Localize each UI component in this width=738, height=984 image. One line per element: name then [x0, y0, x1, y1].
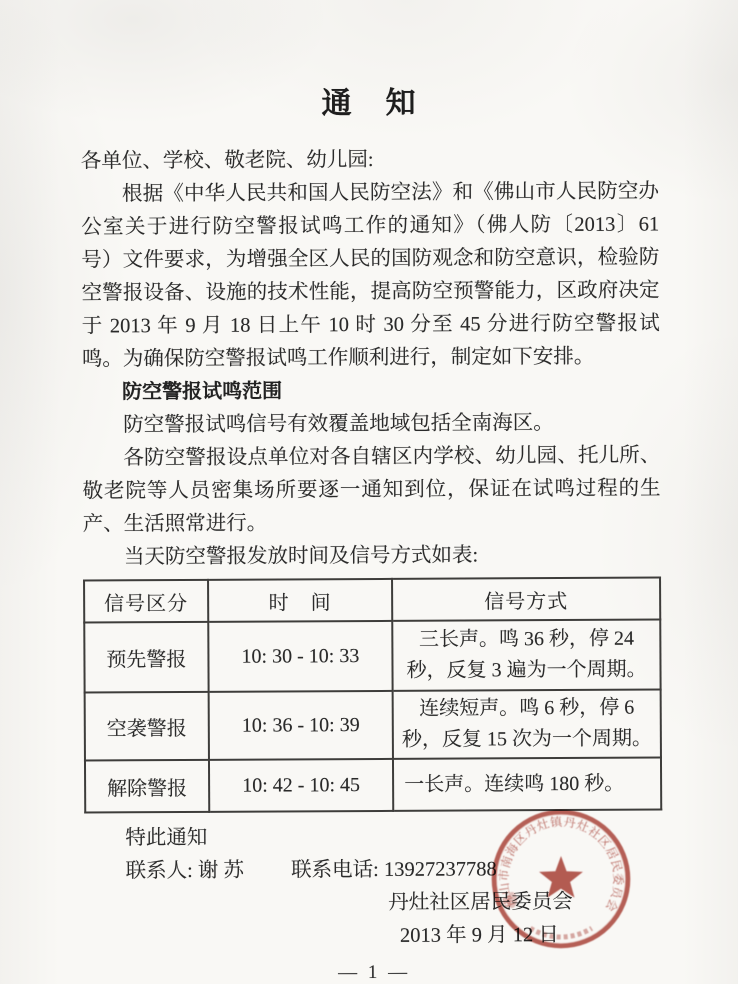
notify-paragraph: 各防空警报设点单位对各自辖区内学校、幼儿园、托儿所、敬老院等人员密集场所要逐一通… — [82, 439, 661, 541]
contact-phone: 联系电话: 13927237788 — [291, 858, 497, 881]
page-title: 通 知 — [80, 76, 658, 123]
signature-block: 丹灶社区居民委员会 2013 年 9 月 12 日 — [85, 885, 663, 954]
page-number: — 1 — — [85, 954, 663, 984]
closing-line: 特此通知 — [84, 819, 662, 855]
col-header-time: 时 间 — [208, 579, 393, 622]
table-row: 空袭警报 10: 36 - 10: 39 连续短声。鸣 6 秒，停 6 秒，反复… — [85, 689, 661, 760]
cell-signal-type: 解除警报 — [85, 760, 209, 813]
intro-paragraph: 根据《中华人民共和国人民防空法》和《佛山市人民防空办公室关于进行防空警报试鸣工作… — [81, 175, 660, 376]
col-header-signal-type: 信号区分 — [84, 580, 208, 623]
cell-signal-mode: 三长声。鸣 36 秒，停 24 秒，反复 3 遍为一个周期。 — [392, 619, 660, 690]
cell-signal-type: 空袭警报 — [85, 692, 209, 761]
document-content: 通 知 各单位、学校、敬老院、幼儿园: 根据《中华人民共和国人民防空法》和《佛山… — [0, 0, 738, 984]
table-row: 解除警报 10: 42 - 10: 45 一长声。连续鸣 180 秒。 — [85, 757, 661, 812]
signature-organization: 丹灶社区居民委员会 — [85, 886, 573, 922]
table-header-row: 信号区分 时 间 信号方式 — [84, 577, 660, 622]
cell-signal-type: 预先警报 — [84, 622, 208, 693]
cell-signal-mode: 一长声。连续鸣 180 秒。 — [393, 757, 661, 810]
cell-signal-mode: 连续短声。鸣 6 秒，停 6 秒，反复 15 次为一个周期。 — [393, 689, 661, 758]
contact-line: 联系人: 谢 苏 联系电话: 13927237788 — [84, 852, 662, 888]
contact-person: 联系人: 谢 苏 — [126, 860, 245, 883]
section-heading: 防空警报试鸣范围 — [82, 373, 660, 409]
cell-time: 10: 36 - 10: 39 — [208, 691, 393, 760]
siren-signal-table: 信号区分 时 间 信号方式 预先警报 10: 30 - 10: 33 三长声。鸣… — [83, 576, 662, 813]
scope-paragraph: 防空警报试鸣信号有效覆盖地域包括全南海区。 — [82, 406, 660, 442]
table-row: 预先警报 10: 30 - 10: 33 三长声。鸣 36 秒，停 24 秒，反… — [84, 619, 660, 692]
cell-time: 10: 42 - 10: 45 — [209, 759, 394, 812]
signature-date: 2013 年 9 月 12 日 — [85, 919, 573, 955]
table-intro-line: 当天防空警报发放时间及信号方式如表: — [83, 538, 661, 574]
scanned-notice-page: 通 知 各单位、学校、敬老院、幼儿园: 根据《中华人民共和国人民防空法》和《佛山… — [0, 0, 738, 984]
salutation-line: 各单位、学校、敬老院、幼儿园: — [81, 142, 659, 178]
cell-time: 10: 30 - 10: 33 — [208, 621, 393, 692]
col-header-signal-mode: 信号方式 — [392, 577, 660, 620]
